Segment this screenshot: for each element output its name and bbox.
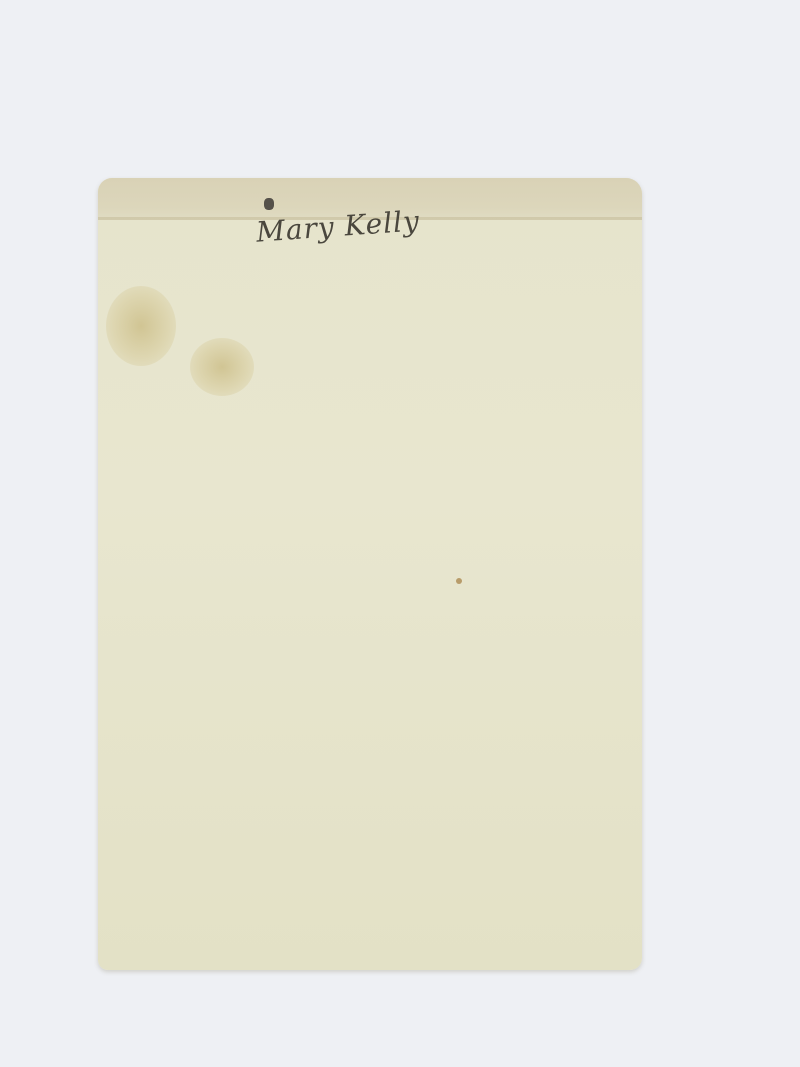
stain-mark [190, 338, 254, 396]
spot-mark [456, 578, 462, 584]
cabinet-card-back: Mary Kelly [98, 178, 642, 970]
ink-blot [264, 198, 274, 210]
stain-mark [106, 286, 176, 366]
